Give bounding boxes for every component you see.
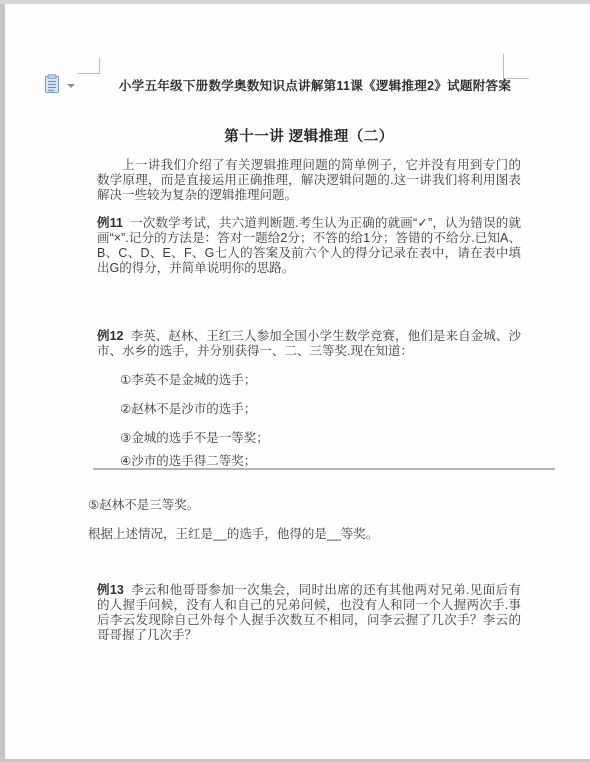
- intro-paragraph: 上一讲我们介绍了有关逻辑推理问题的简单例子，它并没有用到专门的数学原理，而是直接…: [97, 158, 521, 203]
- example12-label: 例12: [97, 329, 124, 343]
- conclusion-line: 根据上述情况，王红是__的选手，他得的是__等奖。: [88, 527, 520, 542]
- example12-text: 李英、赵林、王红三人参加全国小学生数学竞赛，他们是来自金城、沙市、水乡的选手，并…: [97, 329, 521, 358]
- clue-item-5: ⑤赵林不是三等奖。: [88, 498, 520, 513]
- document-header-line: 小学五年级下册数学奥数知识点讲解第11课《逻辑推理2》试题附答案: [75, 76, 555, 94]
- example13-label: 例13: [97, 583, 124, 597]
- clue-item-4: ④沙市的选手得二等奖；: [120, 454, 520, 469]
- word-document-view: { "header": { "doc_line": "小学五年级下册数学奥数知识…: [0, 0, 590, 762]
- example13-text: 李云和他哥哥参加一次集会，同时出席的还有其他两对兄弟.见面后有的人握手问候，没有…: [97, 583, 521, 642]
- document-page: 小学五年级下册数学奥数知识点讲解第11课《逻辑推理2》试题附答案 第十一讲 逻辑…: [5, 4, 590, 759]
- margin-crop-mark-left-horizontal: [77, 73, 100, 74]
- example12-paragraph: 例12李英、赵林、王红三人参加全国小学生数学竞赛，他们是来自金城、沙市、水乡的选…: [97, 329, 521, 359]
- example11-label: 例11: [97, 216, 123, 230]
- page-break-rule: [93, 468, 555, 470]
- example11-paragraph: 例11一次数学考试，共六道判断题.考生认为正确的就画“✓”，认为错误的就画“×”…: [97, 216, 521, 276]
- clue-item-2: ②赵林不是沙市的选手；: [120, 402, 520, 417]
- clue-item-3: ③金城的选手不是一等奖；: [120, 431, 520, 446]
- margin-crop-mark-left-vertical: [99, 58, 100, 74]
- paste-options-icon[interactable]: [44, 74, 63, 94]
- example13-paragraph: 例13李云和他哥哥参加一次集会，同时出席的还有其他两对兄弟.见面后有的人握手问候…: [97, 583, 521, 643]
- clue-item-1: ①李英不是金城的选手；: [120, 373, 520, 388]
- lesson-title: 第十一讲 逻辑推理（二）: [97, 125, 521, 146]
- chevron-down-icon[interactable]: [67, 84, 75, 88]
- example11-text: 一次数学考试，共六道判断题.考生认为正确的就画“✓”，认为错误的就画“×”.记分…: [97, 216, 521, 275]
